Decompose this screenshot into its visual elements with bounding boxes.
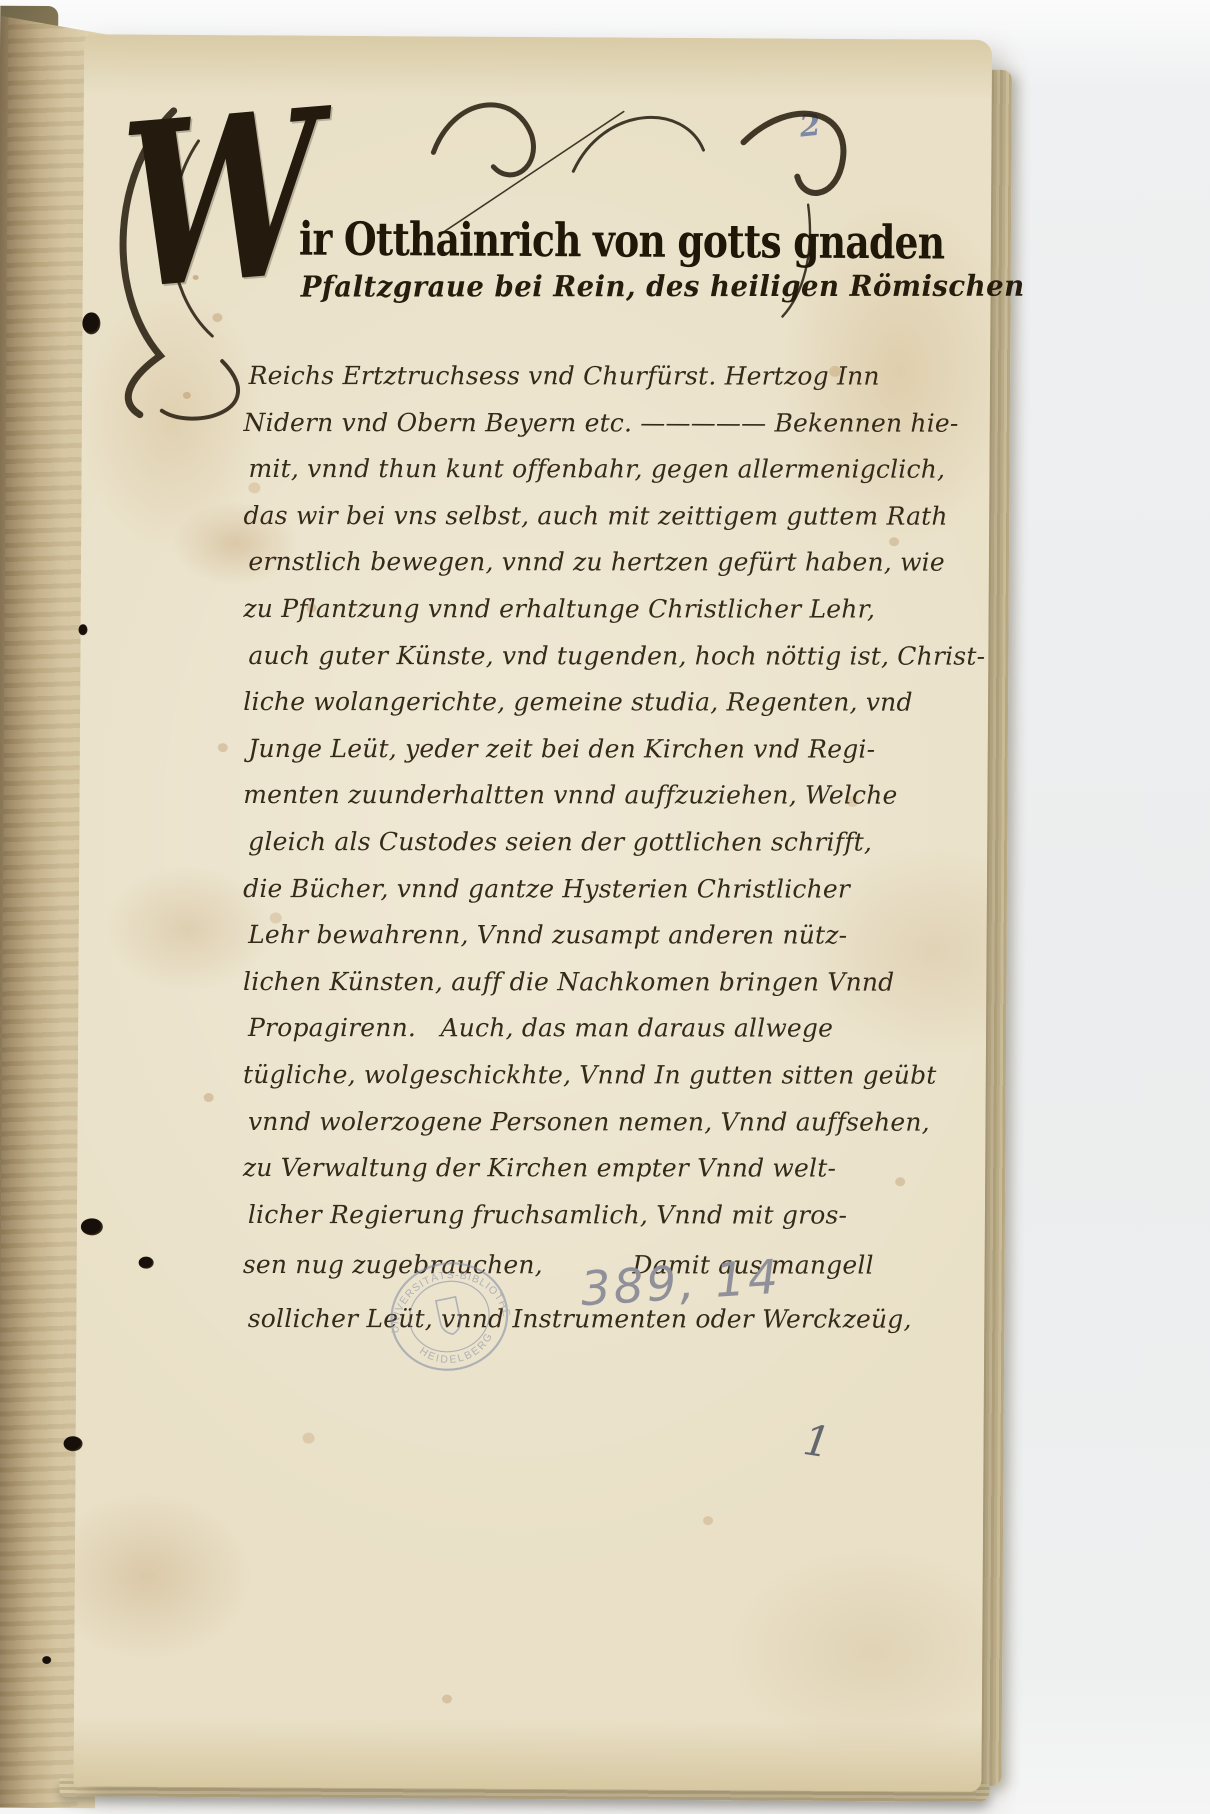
manuscript-line: Reichs Ertztruchsess vnd Churfürst. Hert… <box>249 353 920 400</box>
photo-background: 2 W ir Otthainrich von gotts gnaden Pfal… <box>0 0 1210 1814</box>
library-stamp: UNIVERSITÄTS-BIBLIOTHEK HEIDELBERG <box>362 1233 537 1400</box>
manuscript-line: ernstlich bewegen, vnnd zu hertzen gefür… <box>248 539 919 586</box>
heading-line-2: Pfaltzgraue bei Rein, des heiligen Römis… <box>301 269 1025 304</box>
heading-line-1: ir Otthainrich von gotts gnaden <box>299 212 945 270</box>
wormhole <box>82 312 100 334</box>
wormhole <box>64 1436 83 1451</box>
manuscript-line: zu Verwaltung der Kirchen empter Vnnd we… <box>243 1145 919 1192</box>
manuscript-line: Junge Leüt, yeder zeit bei den Kirchen v… <box>248 726 919 773</box>
manuscript-line: lichen Künsten, auff die Nachkomen bring… <box>243 959 919 1006</box>
manuscript-line: licher Regierung fruchsamlich, Vnnd mit … <box>248 1192 919 1239</box>
manuscript-line: liche wolangerichte, gemeine studia, Reg… <box>243 679 919 726</box>
manuscript-line: Propagirenn. Auch, das man daraus allweg… <box>248 1005 919 1052</box>
manuscript-line: das wir bei vns selbst, auch mit zeittig… <box>243 493 919 540</box>
wormhole <box>78 624 87 635</box>
manuscript-line: tügliche, wolgeschickhte, Vnnd In gutten… <box>243 1052 919 1099</box>
manuscript-line: Lehr bewahrenn, Vnnd zusampt anderen nüt… <box>248 912 919 959</box>
manuscript-line: menten zuunderhaltten vnnd auffzuziehen,… <box>243 772 919 819</box>
manuscript-line: die Bücher, vnnd gantze Hysterien Christ… <box>243 866 919 913</box>
pencil-page-number: 2 <box>798 108 822 145</box>
wormhole <box>42 1656 51 1664</box>
manuscript-line: vnnd wolerzogene Personen nemen, Vnnd au… <box>248 1099 919 1146</box>
heading-initial-letter: W <box>118 80 327 322</box>
manuscript-line: gleich als Custodes seien der gottlichen… <box>248 819 919 866</box>
manuscript-body: Reichs Ertztruchsess vnd Churfürst. Hert… <box>243 353 920 1347</box>
manuscript-line: auch guter Künste, vnd tugenden, hoch nö… <box>248 633 919 680</box>
manuscript-line: Nidern vnd Obern Beyern etc. ————— Beken… <box>244 400 920 447</box>
manuscript-line: zu Pflantzung vnnd erhaltunge Christlich… <box>243 586 919 633</box>
manuscript-line: mit, vnnd thun kunt offenbahr, gegen all… <box>248 446 919 493</box>
wormhole <box>81 1218 103 1235</box>
manuscript-book: 2 W ir Otthainrich von gotts gnaden Pfal… <box>0 0 1210 1814</box>
wormhole <box>139 1257 154 1269</box>
stamp-crest-icon <box>436 1297 463 1336</box>
